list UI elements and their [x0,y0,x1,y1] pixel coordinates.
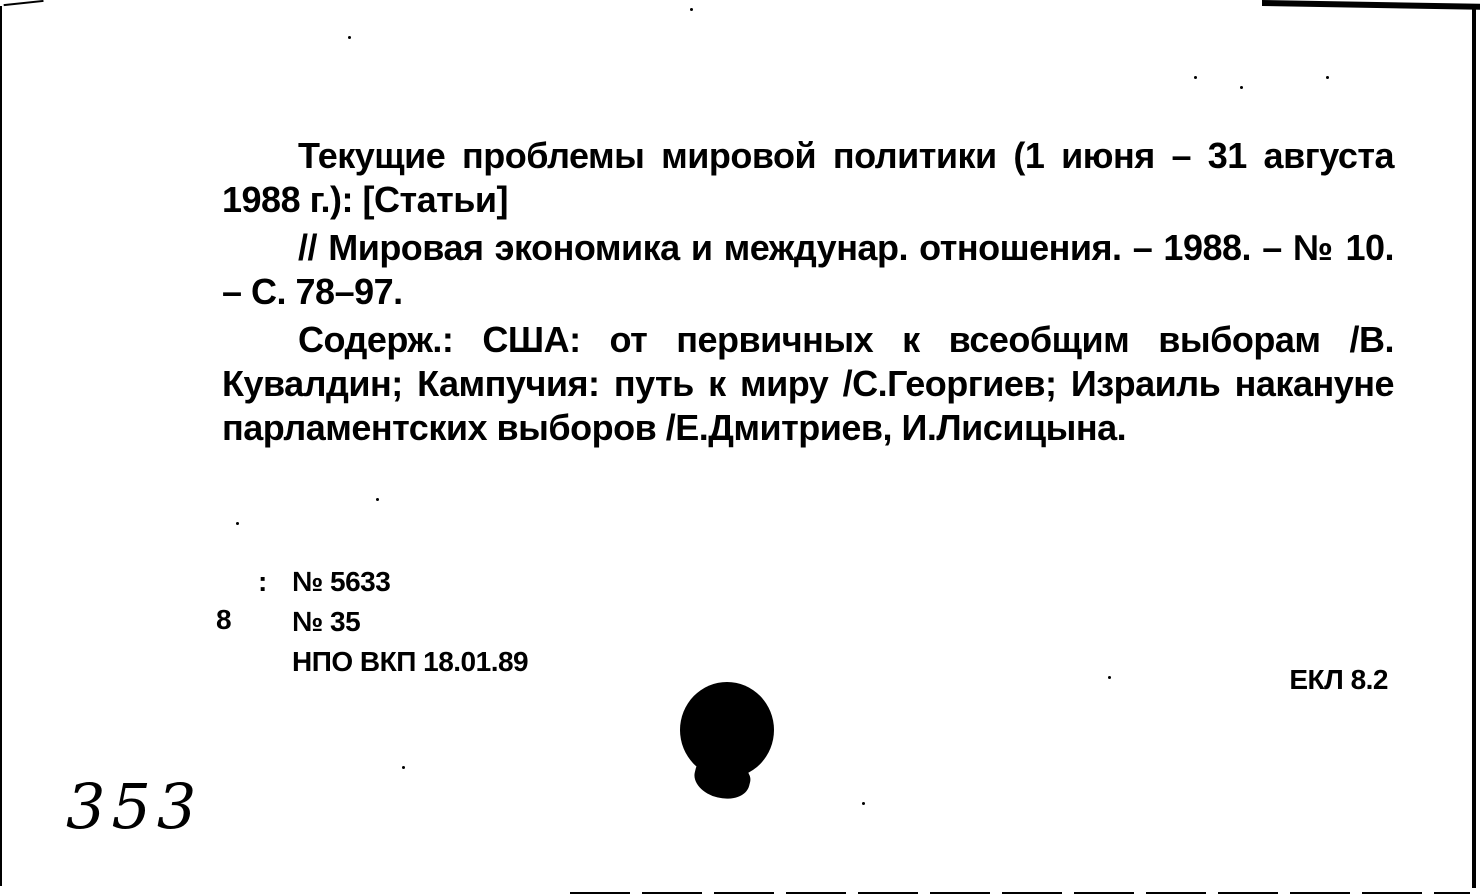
catalog-card: Текущие проблемы мировой политики (1 июн… [0,0,1480,896]
corner-mark [4,0,45,14]
handwritten-number: 353 [66,770,202,843]
speck [348,36,351,39]
speck [862,802,865,805]
speck [402,766,405,769]
speck [376,498,379,501]
entry-title: Текущие проблемы мировой политики (1 июн… [222,134,1394,222]
card-edge-left [0,6,2,886]
bibliographic-entry: Текущие проблемы мировой политики (1 июн… [222,134,1394,450]
speck [690,8,693,11]
entry-contents: Содерж.: США: от первичных к всеобщим вы… [222,318,1394,450]
classification-code: ЕКЛ 8.2 [1289,664,1388,696]
speck [236,522,239,525]
speck [1108,676,1111,679]
speck [1240,86,1243,89]
registration-number: № 5633 [292,562,528,602]
card-edge-right [1472,4,1476,888]
card-edge-top [1262,0,1480,10]
entry-source: // Мировая экономика и междунар. отношен… [222,226,1394,314]
speck [1326,76,1329,79]
stamp-line: НПО ВКП 18.01.89 [292,642,528,682]
colon-mark: : [258,566,267,598]
card-edge-bottom [570,892,1470,894]
issue-number: № 35 [292,602,528,642]
speck [1194,76,1197,79]
registration-info: № 5633 № 35 НПО ВКП 18.01.89 [292,562,528,682]
side-digit: 8 [216,604,232,636]
